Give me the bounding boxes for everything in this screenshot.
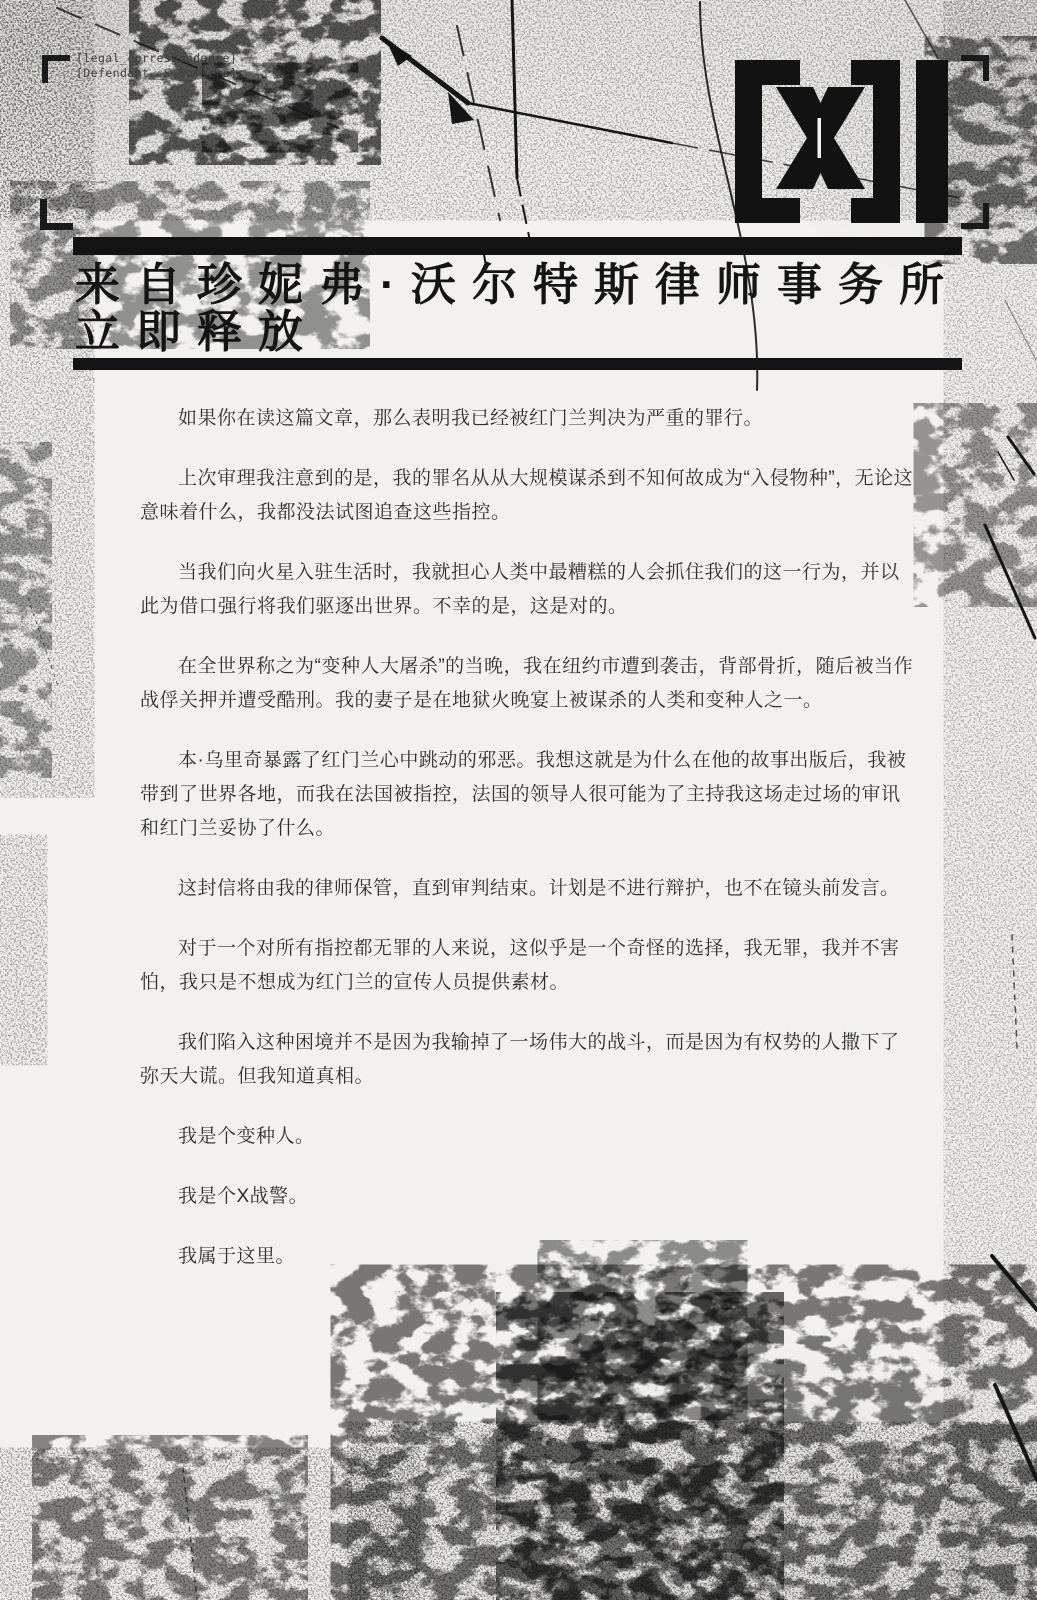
letter-paragraph: 对于一个对所有指控都无罪的人来说，这似乎是一个奇怪的选择，我无罪，我并不害怕，我… [140,932,918,1000]
letter-paragraph: 当我们向火星入驻生活时，我就担心人类中最糟糕的人会抓住我们的这一行为，并以此为借… [140,556,918,624]
logo-left-bracket [735,60,800,223]
x-trial-logo-icon [733,60,948,223]
letter-paragraph: 如果你在读这篇文章，那么表明我已经被红门兰判决为严重的罪行。 [140,402,918,436]
logo-right-bracket [851,60,900,223]
case-meta-line2: [Defendant__S.Summers] [76,66,237,81]
logo-x-center-slit [818,118,822,158]
letter-headline: 来自珍妮弗·沃尔特斯律师事务所 立即释放 [75,261,960,355]
letter-body: 如果你在读这篇文章，那么表明我已经被红门兰判决为严重的罪行。 上次审理我注意到的… [140,402,918,1300]
letter-paragraph: 上次审理我注意到的是，我的罪名从从大规模谋杀到不知何故成为“入侵物种”，无论这意… [140,462,918,530]
letter-paragraph: 我属于这里。 [140,1240,918,1274]
frame-corner-top-left-icon [42,55,70,83]
case-meta-line1: [legal_correspondence] [76,51,237,66]
letter-paragraph: 在全世界称之为“变种人大屠杀”的当晚，我在纽约市遭到袭击，背部骨折，随后被当作战… [140,650,918,718]
header-rule-bottom [73,358,962,370]
letter-paragraph: 本·乌里奇暴露了红门兰心中跳动的邪恶。我想这就是为什么在他的故事出版后，我被带到… [140,744,918,846]
frame-corner-bottom-right-icon [961,203,989,229]
frame-corner-top-right-icon [961,55,989,81]
logo-vertical-bar [916,60,948,223]
frame-corner-bottom-left-icon [40,199,73,230]
letter-paragraph: 我是个变种人。 [140,1120,918,1154]
headline-line1: 来自珍妮弗·沃尔特斯律师事务所 [75,261,960,308]
case-meta: [legal_correspondence] [Defendant__S.Sum… [76,51,237,81]
letter-paragraph: 我是个X战警。 [140,1180,918,1214]
letter-paragraph: 这封信将由我的律师保管，直到审判结束。计划是不进行辩护，也不在镜头前发言。 [140,872,918,906]
letter-page: [legal_correspondence] [Defendant__S.Sum… [0,0,1037,1600]
headline-line2: 立即释放 [75,308,960,355]
letter-paragraph: 我们陷入这种困境并不是因为我输掉了一场伟大的战斗，而是因为有权势的人撒下了弥天大… [140,1026,918,1094]
header-rule-top [73,237,962,255]
